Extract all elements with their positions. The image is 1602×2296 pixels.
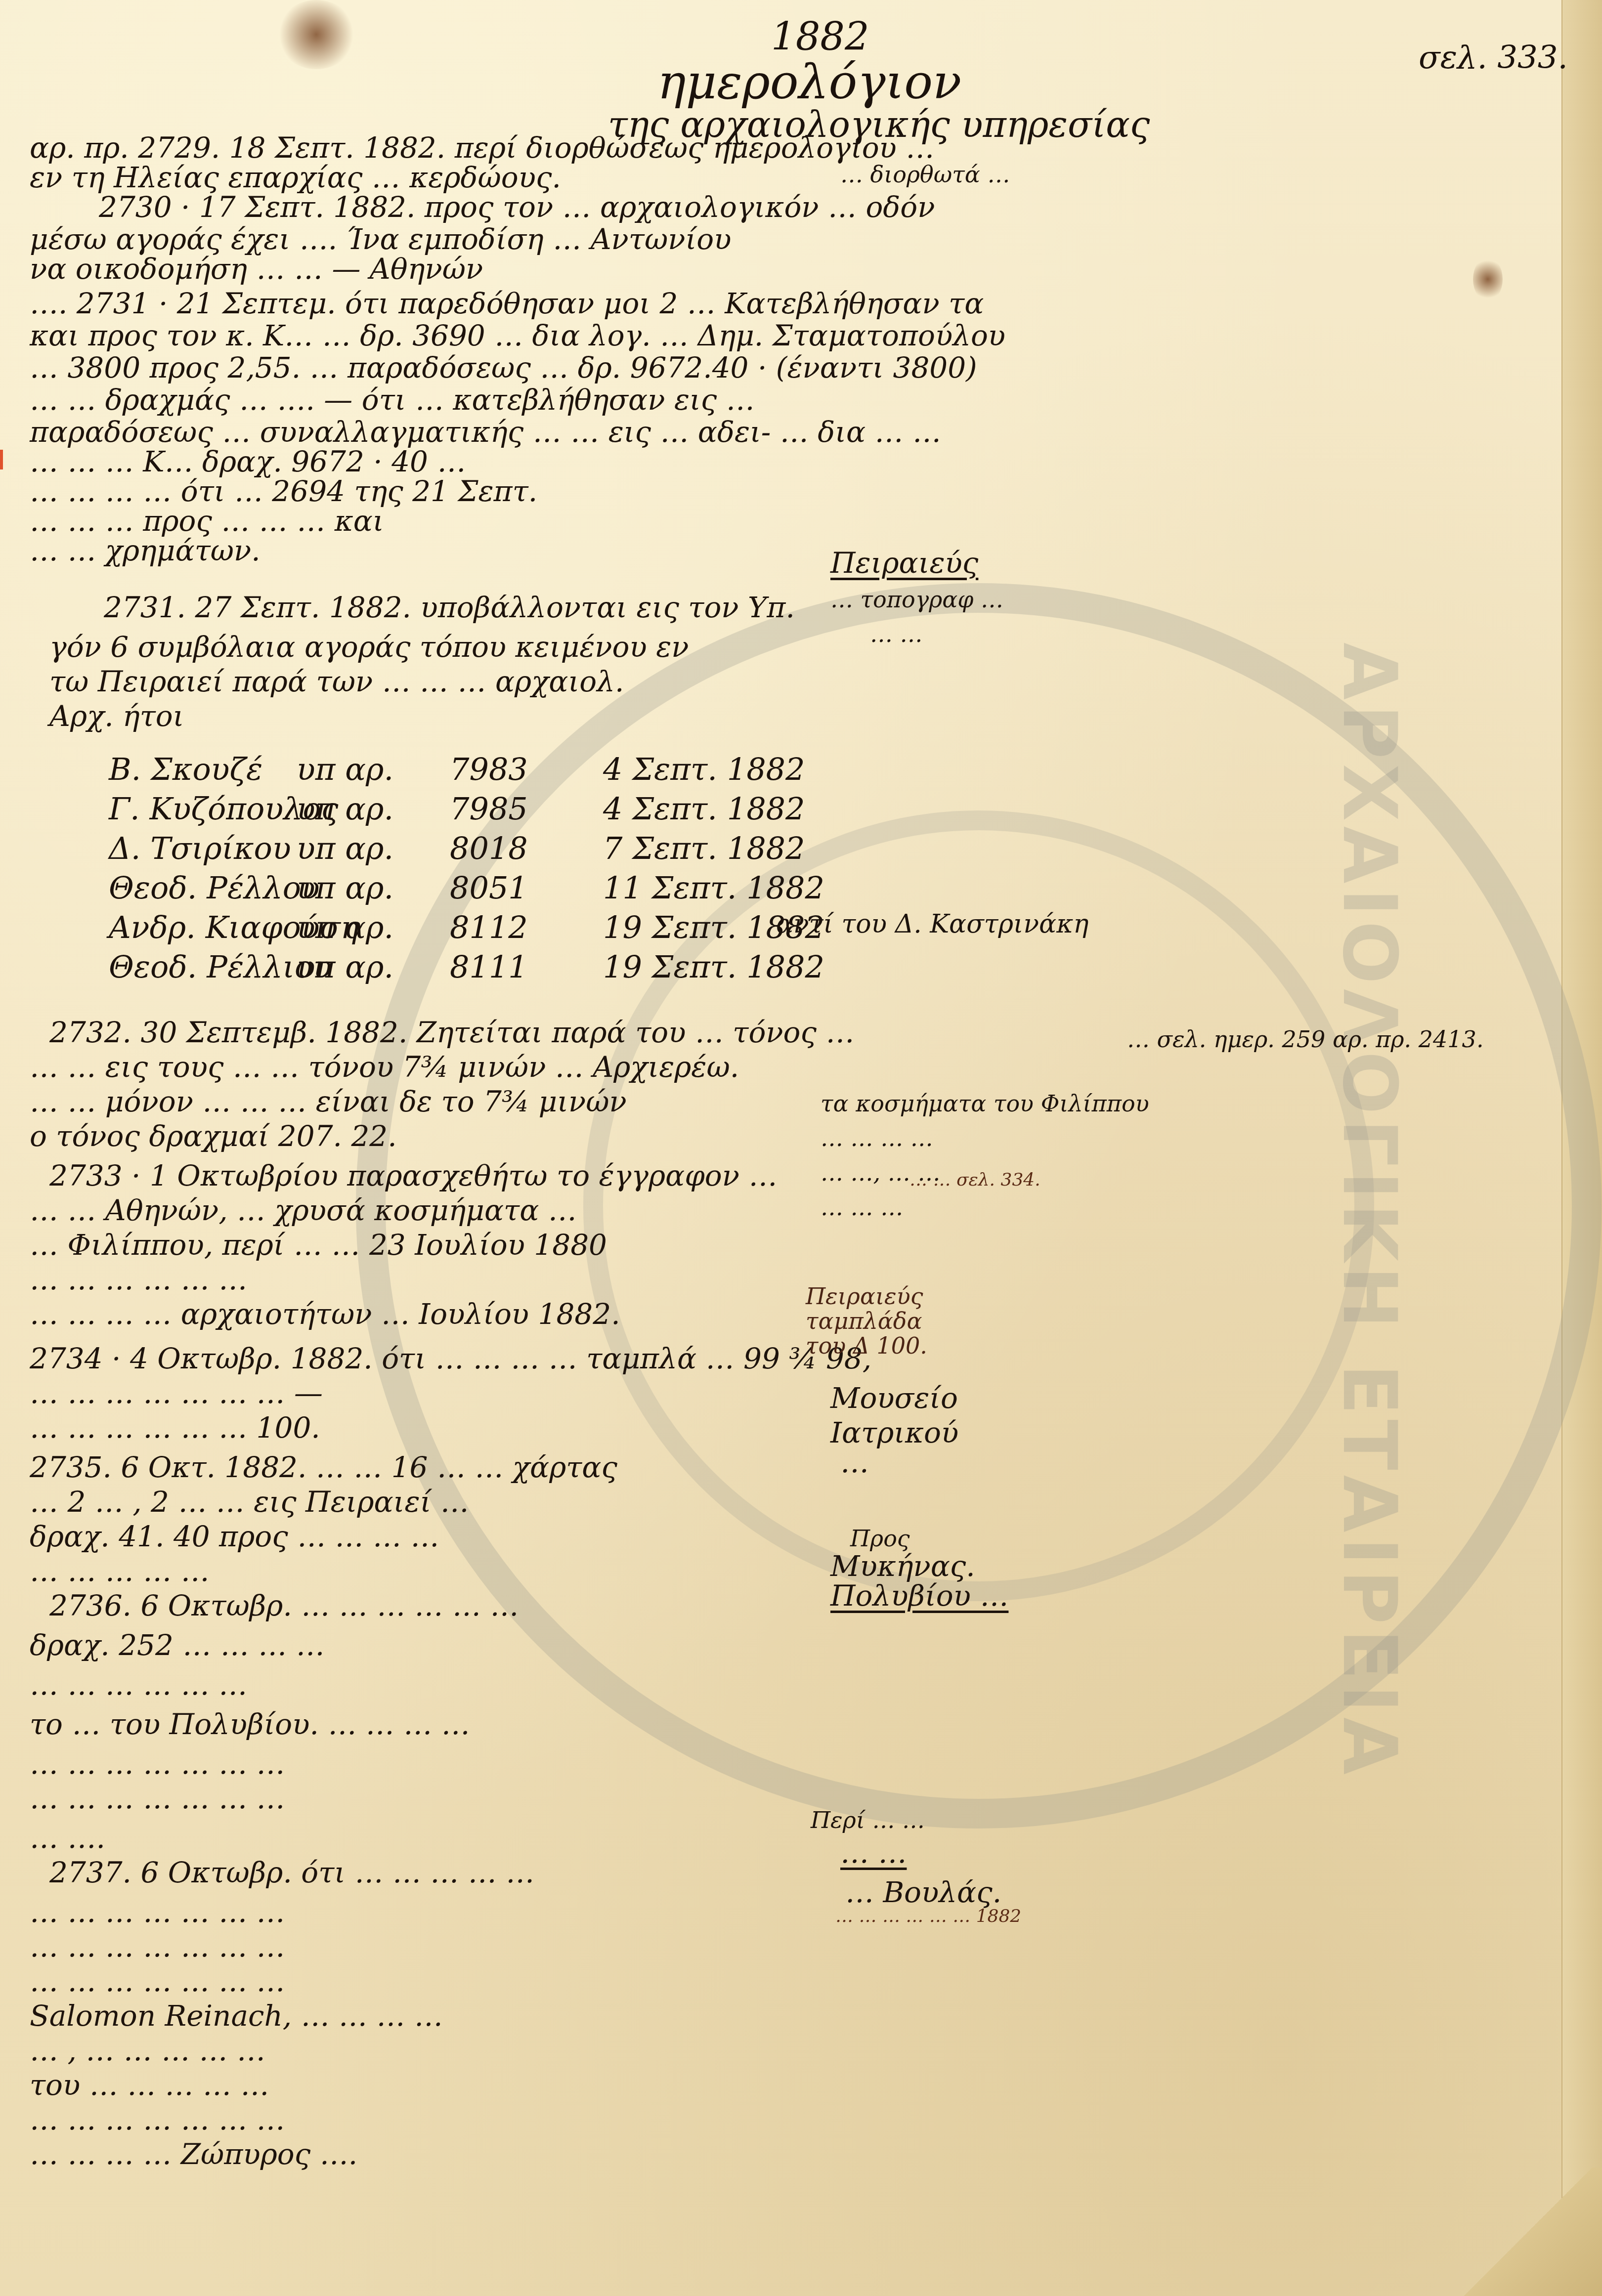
cell-proto-label: υπ αρ. [297,949,393,985]
cell-proto-label: υπ αρ. [297,791,393,827]
entry-2735-line-2: … 2 … , 2 … … εις Πειραιεί … [30,1488,469,1516]
entry-2730-line-3: να οικοδομήση … … — Αθηνών [30,255,483,283]
header-title: ημερολόγιον [657,54,961,110]
entry-2731b-line-3: τω Πειραιεί παρά των … … … αρχαιολ. [49,667,624,696]
cell-number: 8051 [450,870,528,906]
cell-date: 19 Σεπτ. 1882 [603,949,824,985]
entry-2732-cross-ref: … σελ. ημερ. 259 αρ. πρ. 2413. [1127,1028,1484,1051]
manuscript-page: ΑΡΧΑΙΟΛΟΓΙΚΗ ΕΤΑΙΡΕΙΑ 1882 ημερολόγιον τ… [0,0,1602,2296]
cell-proto-label: υπ αρ. [297,830,393,866]
entry-2729-margin-1: … διορθωτά … [840,163,1010,186]
entry-2736-line-2: δραχ. 252 … … … … [30,1631,325,1659]
entry-2736-margin-3: Πολυβίου … [830,1581,1008,1610]
cell-proto-label: υπ αρ. [297,751,393,787]
ink-stain [1473,257,1503,301]
entry-2730-line-1: 2730 · 17 Σεπτ. 1882. προς τον … αρχαιολ… [99,193,935,221]
entry-2734-margin-1: Πειραιεύς [806,1285,923,1308]
entry-2737-line-1: 2737. 6 Οκτωβρ. ότι … … … … … [49,1858,534,1887]
cell-date: 4 Σεπτ. 1882 [603,791,805,827]
entry-2731b-margin-2: … τοπογραφ … [830,588,1003,611]
entry-2737-line-9: … … … … Ζώπυρος …. [30,2140,357,2168]
cell-proto-label: υπ αρ. [297,870,393,906]
entry-2731b-line-4: Αρχ. ήτοι [49,702,184,730]
entry-2733-margin-2: … … … … [821,1127,933,1149]
entry-2736-line-3: … … … … … … [30,1670,247,1699]
entry-2734-line-1: 2734 · 4 Οκτωβρ. 1882. ότι … … … … ταμπλ… [30,1344,871,1373]
entry-2737-margin-2: … … [840,1838,907,1867]
entry-2732-line-1: 2732. 30 Σεπτεμβ. 1882. Ζητείται παρά το… [49,1018,854,1047]
entry-2732-line-4: ο τόνος δραχμαί 207. 22. [30,1122,397,1150]
watermark-text: ΑΡΧΑΙΟΛΟΓΙΚΗ ΕΤΑΙΡΕΙΑ [1310,642,1409,1780]
entry-2734-line-2: … … … … … … … — [30,1379,323,1407]
entry-2731a-line-8: … … … προς … … … και [30,507,384,535]
cell-name: Θεοδ. Ρέλλου [109,870,320,906]
entry-2731a-line-1: …. 2731 · 21 Σεπτεμ. ότι παρεδόθησαν μοι… [30,289,984,318]
cell-number: 8018 [450,830,528,866]
cell-number: 7985 [450,791,528,827]
cell-number: 8112 [450,909,528,945]
entry-2731a-line-4: … … δραχμάς … …. — ότι … κατεβλήθησαν ει… [30,385,755,414]
entry-2736-margin-1: Προς [850,1527,910,1550]
entry-2737-line-2: … … … … … … … [30,1898,285,1926]
header-year: 1882 [771,15,869,59]
entry-2735-margin-3: … [840,1448,869,1477]
entry-2733-cross-ref: … … σελ. 334. [909,1171,1040,1189]
entry-2737-margin-3: … Βουλάς. [845,1878,1001,1907]
entry-2731b-line-2: γόν 6 συμβόλαια αγοράς τόπου κειμένου εν [49,633,689,661]
entry-2731a-line-7: … … … … ότι … 2694 της 21 Σεπτ. [30,477,537,506]
entry-2733-margin-4: … … … [821,1196,903,1219]
entry-2736-margin-2: Μυκήνας. [830,1552,975,1580]
entry-2731b-margin-3: … … [870,623,923,645]
entry-2736-line-7: … …. [30,1824,105,1852]
entry-2729-line-1: αρ. πρ. 2729. 18 Σεπτ. 1882. περί διορθώ… [30,133,934,162]
cell-proto-label: υπ αρ. [297,909,393,945]
entry-2736-line-5: … … … … … … … [30,1749,285,1778]
cell-date: 4 Σεπτ. 1882 [603,751,805,787]
entry-2736-line-1: 2736. 6 Οκτωβρ. … … … … … … [49,1591,519,1620]
entry-2734-margin-3: του Δ 100. [806,1334,927,1357]
entry-2731a-line-5: παραδόσεως … συναλλαγματικής … … εις … α… [30,418,941,446]
entry-2737-margin-1: Περί … … [811,1809,925,1831]
entry-2732-line-2: … … εις τους … … τόνου 7¾ μινών … Αρχιερ… [30,1053,739,1081]
cell-name: Δ. Τσιρίκου [109,830,291,866]
entry-2734-margin-2: ταμπλάδα [806,1310,922,1332]
entry-2733-line-3: … Φιλίππου, περί … … 23 Ιουλίου 1880 [30,1231,607,1259]
ink-stain [277,0,356,69]
entry-2731a-line-2: και προς τον κ. Κ… … δρ. 3690 … δια λογ.… [30,321,1005,350]
entry-2733-line-5: … … … … αρχαιοτήτων … Ιουλίου 1882. [30,1300,620,1328]
cell-date: 11 Σεπτ. 1882 [603,870,824,906]
entry-2737-line-5: Salomon Reinach, … … … … [30,2001,443,2030]
entry-2733-line-1: 2733 · 1 Οκτωβρίου παρασχεθήτω το έγγραφ… [49,1161,778,1190]
entry-2733-line-4: … … … … … … [30,1265,247,1294]
entry-2731a-line-9: … … χρημάτων. [30,536,260,565]
red-margin-mark [0,450,3,469]
entry-2731a-line-3: … 3800 προς 2,55. … παραδόσεως … δρ. 967… [30,353,977,382]
entry-2735-margin-1: Μουσείο [830,1384,958,1412]
page-number: σελ. 333. [1419,40,1568,76]
entry-2737-line-4: … … … … … … … [30,1967,285,1996]
entry-2737-margin-note: … … … … … … 1882 [835,1908,1021,1925]
entry-2733-margin-1: τα κοσμήματα του Φιλίππου [821,1092,1149,1115]
folded-corner [1454,2168,1602,2296]
entry-2737-line-8: … … … … … … … [30,2105,285,2134]
cell-date: 7 Σεπτ. 1882 [603,830,805,866]
entry-2735-line-1: 2735. 6 Οκτ. 1882. … … 16 … … χάρτας [30,1453,617,1482]
entry-2737-line-3: … … … … … … … [30,1932,285,1961]
entry-2733-line-2: … … Αθηνών, … χρυσά κοσμήματα … [30,1196,577,1225]
cell-number: 8111 [450,949,528,985]
entry-2735-line-3: δραχ. 41. 40 προς … … … … [30,1522,439,1551]
entry-2731b-line-1: 2731. 27 Σεπτ. 1882. υποβάλλονται εις το… [104,593,795,622]
entry-2731a-line-6: … … … Κ… δραχ. 9672 · 40 … [30,447,466,476]
cell-name: Β. Σκουζέ [109,751,262,787]
cell-number: 7983 [450,751,528,787]
entry-2734-line-3: … … … … … … 100. [30,1413,320,1442]
entry-2732-line-3: … … μόνον … … … είναι δε το 7¾ μινών [30,1087,627,1116]
entry-2735-line-4: … … … … … [30,1557,210,1585]
entry-2737-line-6: … , … … … … … [30,2036,265,2065]
entry-2729-line-2: εν τη Ηλείας επαρχίας … κερδώους. [30,163,561,192]
entry-2736-line-4: το … του Πολυβίου. … … … … [30,1710,470,1739]
entry-2731b-margin-1: Πειραιεύς [830,549,978,577]
entry-2735-margin-2: Ιατρικού [830,1418,958,1447]
entry-2730-line-2: μέσω αγοράς έχει …. Ίνα εμποδίση … Αντων… [30,225,731,254]
entry-2737-line-7: του … … … … … [30,2071,269,2099]
entry-2736-line-6: … … … … … … … [30,1784,285,1813]
cell-note: αντί του Δ. Καστρινάκη [776,909,1088,939]
